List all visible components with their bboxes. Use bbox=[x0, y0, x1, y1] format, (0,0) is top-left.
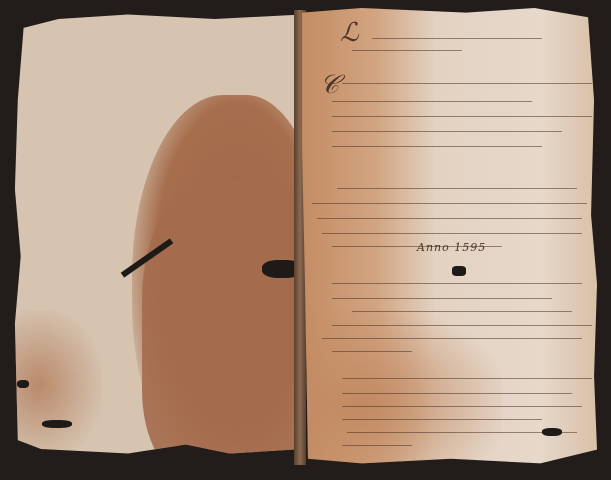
handwriting-line bbox=[352, 311, 572, 312]
handwriting-line bbox=[322, 233, 582, 234]
water-stain bbox=[142, 180, 302, 458]
handwriting-line bbox=[342, 445, 412, 446]
handwriting-line bbox=[352, 50, 462, 51]
handwriting-line bbox=[332, 351, 412, 352]
handwriting-line bbox=[332, 131, 562, 132]
handwriting-line bbox=[337, 188, 577, 189]
handwriting-line bbox=[322, 338, 582, 339]
handwriting-line bbox=[342, 406, 582, 407]
date-line: Anno 1595 bbox=[417, 241, 486, 254]
handwriting-line bbox=[332, 298, 552, 299]
tear-hole bbox=[42, 420, 72, 428]
water-stain bbox=[302, 308, 502, 468]
handwriting-line bbox=[342, 83, 592, 84]
handwriting-line bbox=[332, 101, 532, 102]
right-page: ℒ 𝒞 Anno 1595 bbox=[302, 8, 600, 468]
tear-hole bbox=[542, 428, 562, 436]
handwriting-line bbox=[317, 218, 582, 219]
handwriting-line bbox=[332, 283, 582, 284]
handwriting-line bbox=[372, 38, 542, 39]
handwriting-line bbox=[332, 146, 542, 147]
handwriting-line bbox=[342, 393, 572, 394]
left-page bbox=[12, 10, 302, 458]
handwriting-line bbox=[332, 116, 592, 117]
handwriting-line bbox=[342, 378, 592, 379]
handwriting-line bbox=[332, 325, 592, 326]
manuscript-photo: ℒ 𝒞 Anno 1595 bbox=[0, 0, 611, 480]
ornate-initial: ℒ bbox=[340, 18, 360, 48]
tear-hole bbox=[452, 266, 466, 276]
handwriting-line bbox=[342, 419, 542, 420]
handwriting-line bbox=[312, 203, 587, 204]
tear-hole bbox=[17, 380, 29, 388]
ornate-initial: 𝒞 bbox=[320, 70, 340, 101]
